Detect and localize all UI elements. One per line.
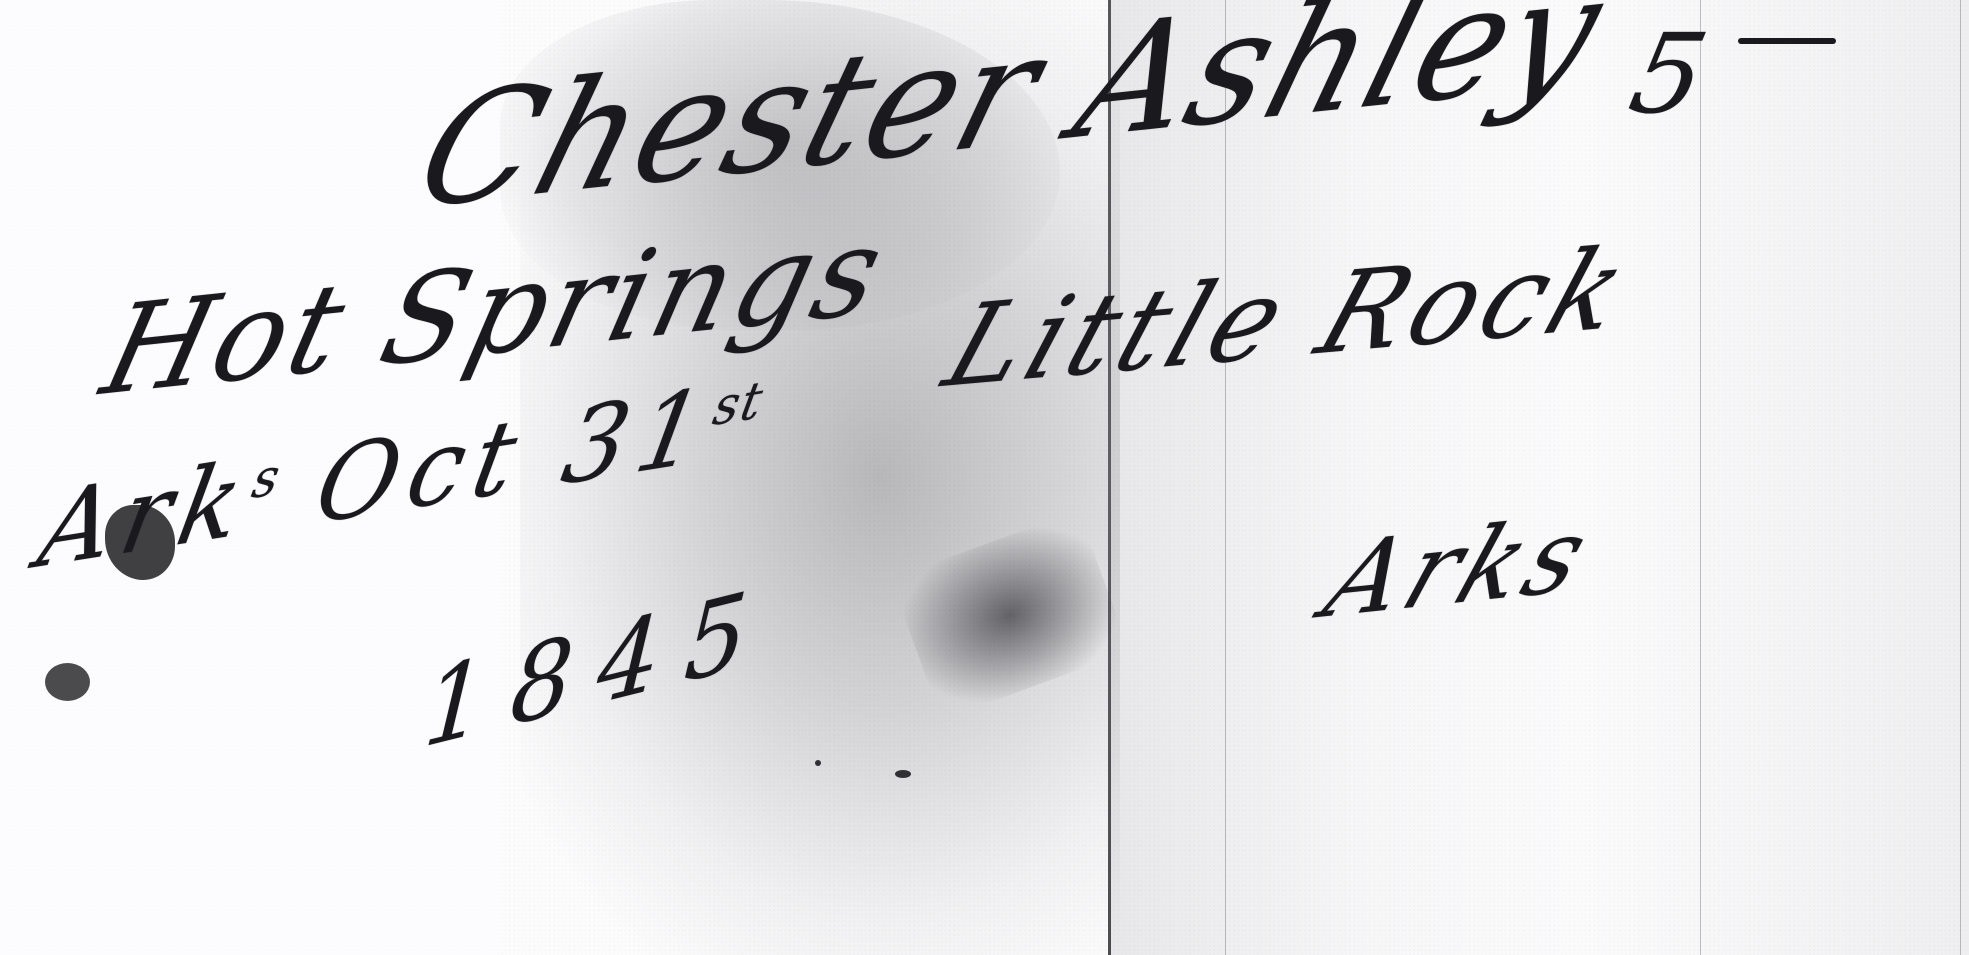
fold-crease — [1960, 0, 1961, 955]
rate-mark-dash — [1738, 38, 1836, 44]
ink-dot — [815, 760, 821, 766]
origin-state: Ark — [30, 437, 262, 592]
origin-month: Oct — [307, 393, 536, 548]
ink-blot-spot — [45, 663, 90, 701]
fold-crease — [1700, 0, 1701, 955]
document-page: 5 Chester Ashley Hot Springs Little Rock… — [0, 0, 1969, 955]
ink-dot — [895, 770, 911, 778]
